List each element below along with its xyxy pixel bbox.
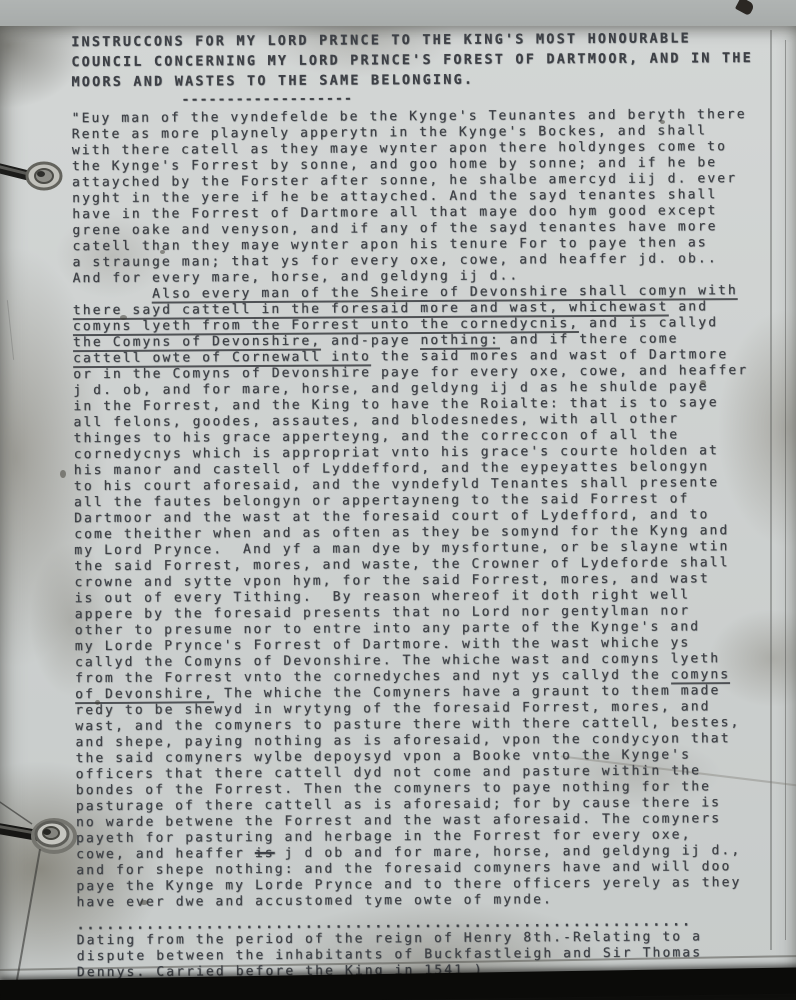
page-edge-line [785, 40, 786, 940]
binder-ring-top-icon [0, 146, 82, 210]
grommet-shadow [43, 829, 51, 835]
stain-speck [95, 700, 100, 705]
binder-ring-bottom-icon [0, 796, 102, 876]
stain-speck [60, 470, 66, 478]
thread-line [0, 798, 32, 824]
text-segment: and-paye [321, 333, 420, 349]
struck-text: is [255, 846, 275, 861]
text-segment: and if there come [500, 331, 679, 347]
photo-background: INSTRUCCONS FOR MY LORD PRINCE TO THE KI… [0, 0, 796, 1000]
title-separator: ------------------- [181, 90, 775, 107]
text-segment: j d ob and for mare, horse, and geldyng … [275, 843, 742, 861]
stain-speck [160, 250, 165, 254]
title-line: MOORS AND WASTES TO THE SAME BELONGING. [71, 68, 775, 92]
underlined-text: nothing: [420, 333, 500, 350]
text-segment: the said mores and wast of Dartmore [371, 347, 728, 364]
title-line: COUNCIL CONCERNING MY LORD PRINCE'S FORE… [71, 48, 775, 72]
text-segment: The whiche the Comyners have a graunt to… [214, 683, 720, 701]
stain-speck [700, 380, 706, 385]
typewritten-text: INSTRUCCONS FOR MY LORD PRINCE TO THE KI… [71, 28, 781, 981]
text-segment: cowe, and heaffer [76, 846, 255, 862]
stain-speck [120, 315, 127, 320]
text-segment: and [668, 299, 708, 314]
text-segment [73, 287, 153, 302]
grommet-hole [35, 169, 53, 183]
body-line: have ever dwe and accustomed tyme owte o… [76, 891, 780, 911]
stain-speck [140, 900, 148, 905]
underlined-text: comyns [671, 667, 731, 684]
grommet-shadow [37, 171, 45, 177]
document-title: INSTRUCCONS FOR MY LORD PRINCE TO THE KI… [71, 28, 775, 92]
text-segment: and is callyd [579, 315, 718, 331]
stain-speck [660, 120, 665, 124]
document-body: "Euy man of the vyndefelde be the Kynge'… [72, 107, 781, 911]
